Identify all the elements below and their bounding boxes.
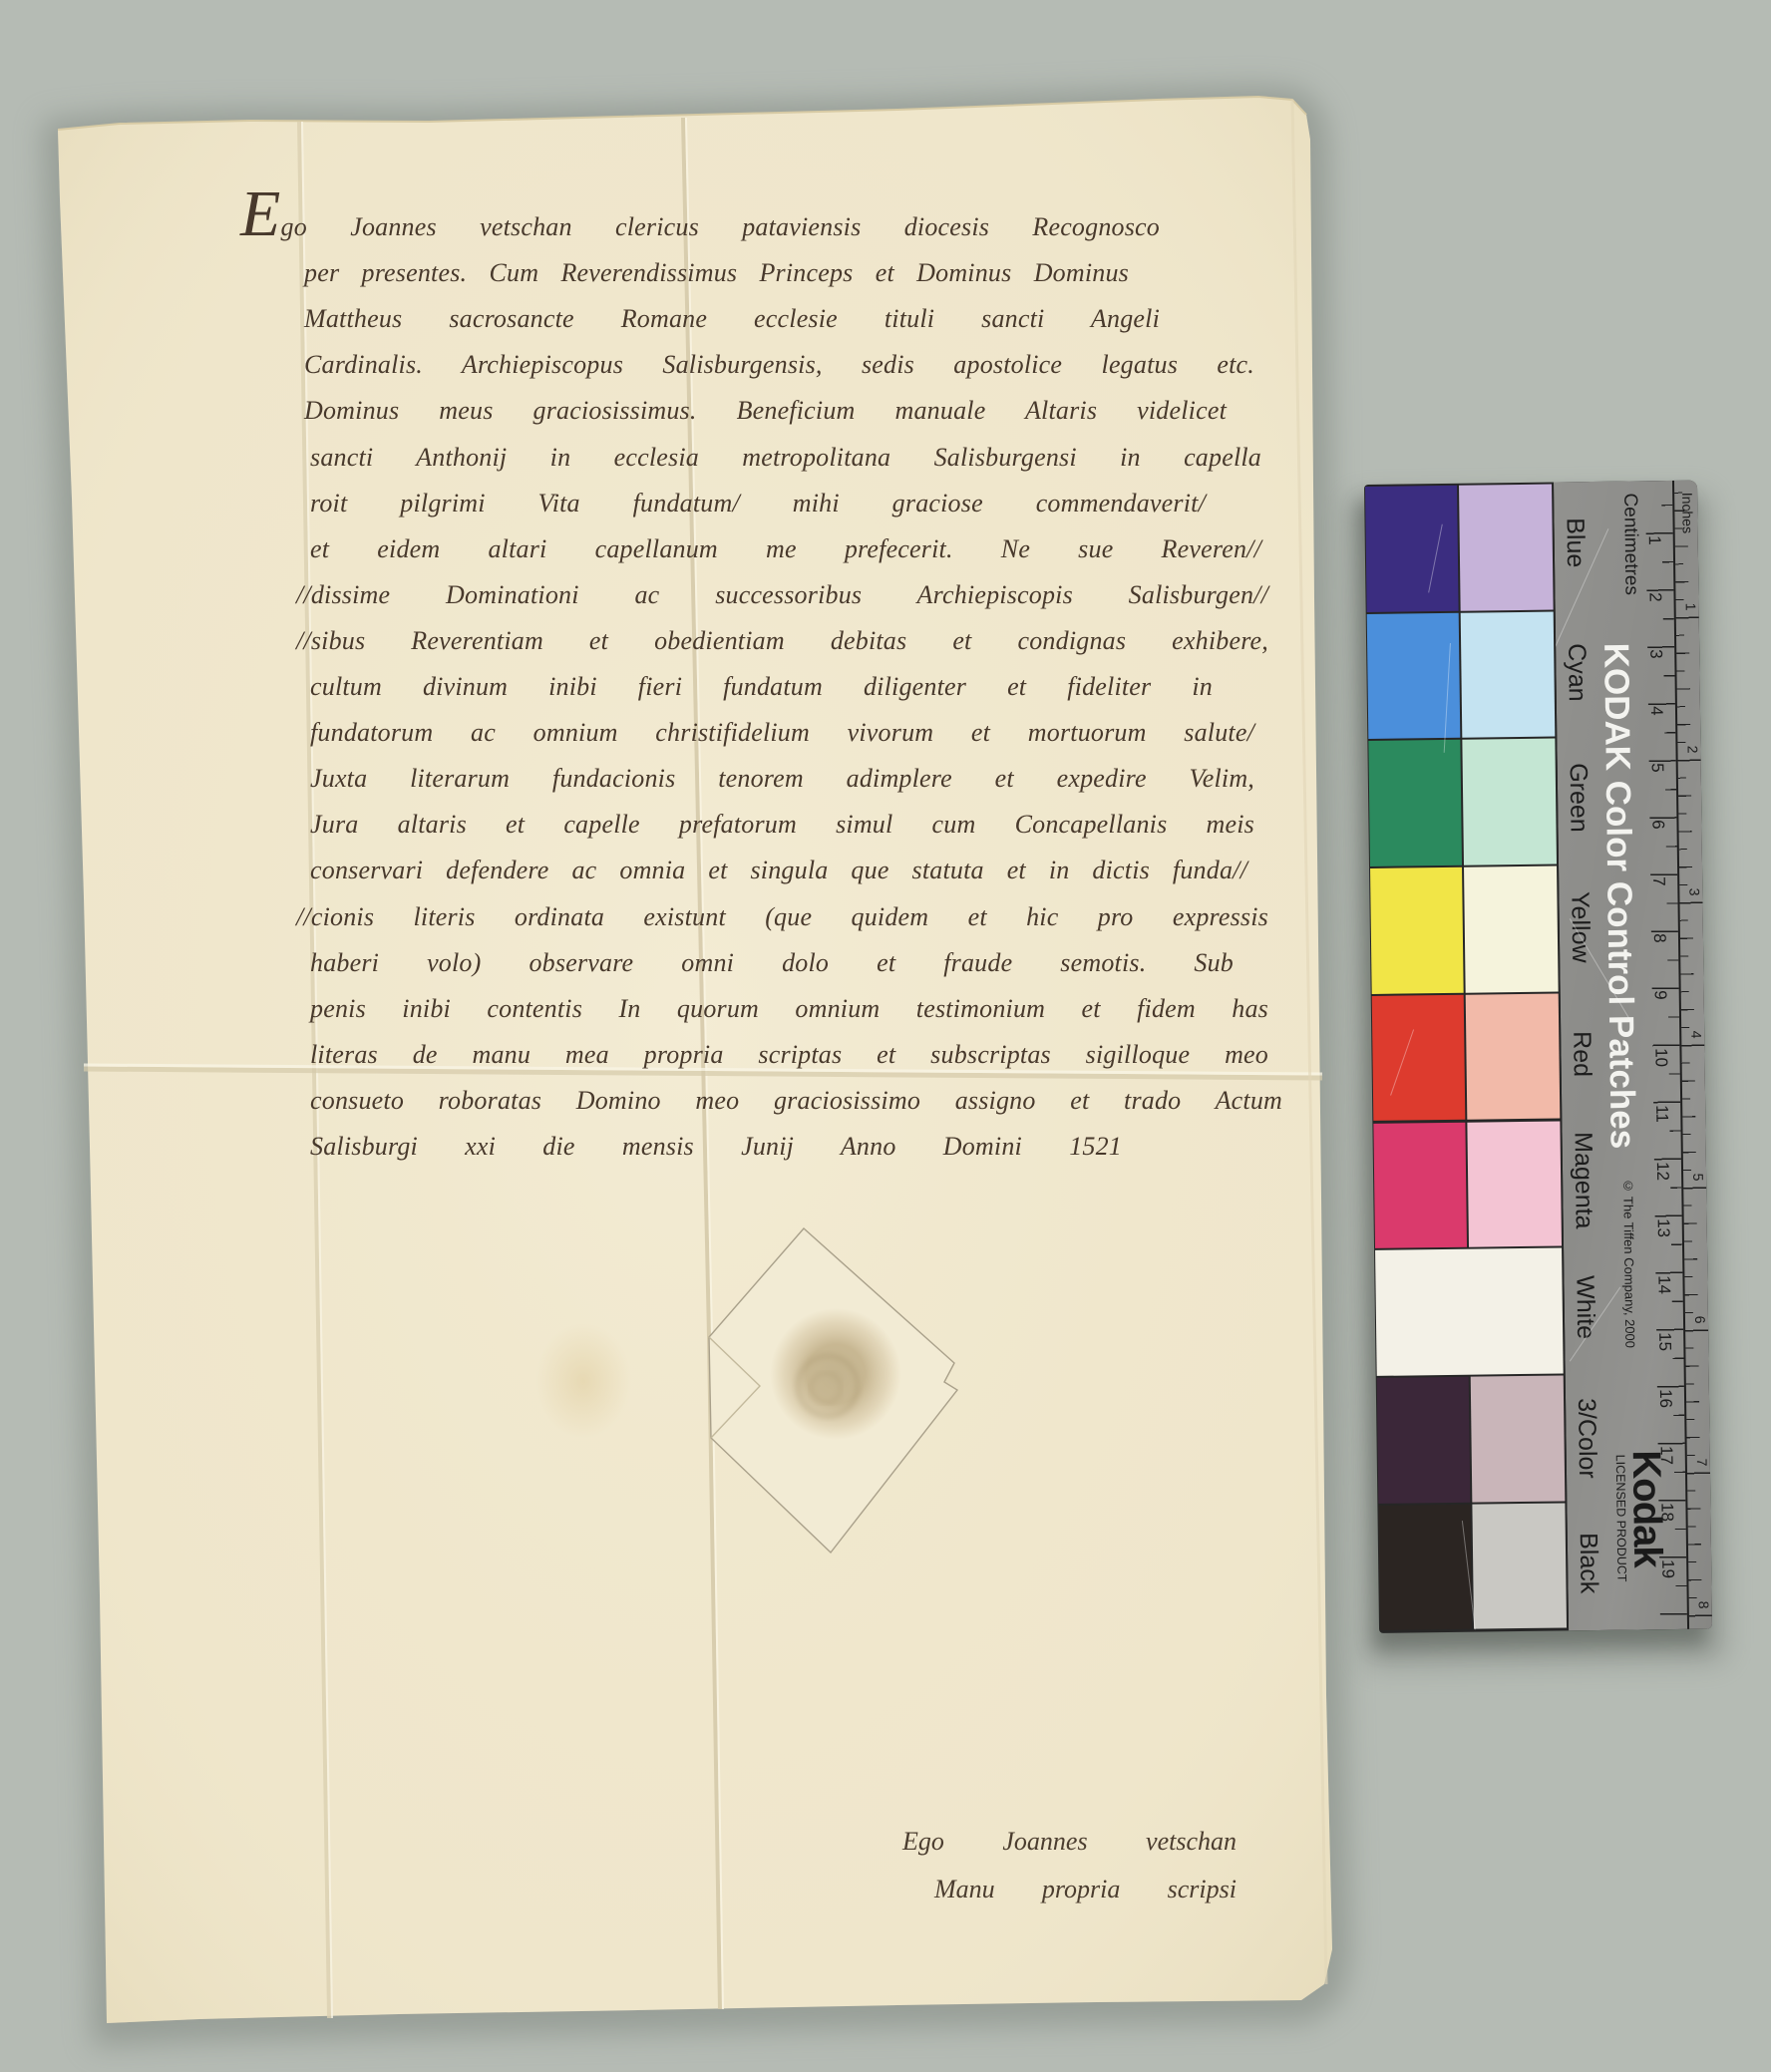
inch-mark: 8 [1697, 1601, 1711, 1609]
cm-mark: 9 [1652, 990, 1668, 1000]
cm-mark: 13 [1655, 1218, 1671, 1237]
cm-mark: 8 [1651, 933, 1667, 943]
color-patch-green-light [1462, 739, 1557, 865]
cm-mark: 5 [1649, 763, 1665, 773]
text-line: literas de manu mea propria scriptas et … [310, 1040, 1268, 1070]
cm-mark: 11 [1653, 1105, 1669, 1123]
centimetres-label: Centimetres [1620, 493, 1639, 595]
cm-mark: 12 [1654, 1162, 1670, 1181]
cm-mark: 15 [1656, 1332, 1672, 1351]
cm-mark: 4 [1648, 706, 1664, 716]
text-line: fundatorum ac omnium christifidelium viv… [310, 718, 1254, 748]
cm-mark: 17 [1658, 1446, 1674, 1465]
patch-label-blue: Blue [1561, 518, 1590, 567]
scan-canvas: Ego Joannes vetschan clericus pataviensi… [0, 0, 1771, 2072]
color-patch-yellow-light [1464, 866, 1559, 993]
inch-mark: 5 [1691, 1174, 1705, 1182]
text-line: consueto roboratas Domino meo graciosiss… [310, 1086, 1282, 1116]
inch-mark: 7 [1695, 1459, 1709, 1467]
color-patch-black-dark [1378, 1504, 1472, 1630]
patch-label-green: Green [1565, 763, 1594, 833]
inches-label: Inches [1680, 493, 1695, 533]
inch-mark: 2 [1685, 746, 1699, 754]
cm-mark: 1 [1646, 535, 1662, 545]
color-patch-cyan-light [1461, 611, 1556, 738]
cm-mark: 7 [1650, 876, 1666, 886]
text-line: Juxta literarum fundacionis tenorem adim… [310, 764, 1254, 794]
cm-mark: 19 [1659, 1559, 1675, 1578]
color-patch-red-dark [1372, 995, 1466, 1122]
text-line: Cardinalis. Archiepiscopus Salisburgensi… [304, 350, 1254, 380]
text-line: per presentes. Cum Reverendissimus Princ… [304, 258, 1129, 288]
color-patch-3color-light [1471, 1375, 1566, 1502]
text-line: Jura altaris et capelle prefatorum simul… [310, 810, 1254, 840]
text-line: //sibus Reverentiam et obedientiam debit… [296, 626, 1268, 656]
cm-mark: 6 [1649, 820, 1665, 830]
card-title: KODAK Color Control Patches [1597, 642, 1640, 1149]
cm-mark: 10 [1652, 1048, 1668, 1067]
color-patch-magenta-dark [1373, 1122, 1467, 1248]
cm-mark: 16 [1657, 1389, 1673, 1408]
text-line: sancti Anthonij in ecclesia metropolitan… [310, 443, 1261, 473]
inch-mark: 3 [1687, 888, 1701, 896]
inch-mark: 6 [1693, 1316, 1707, 1324]
kodak-color-control-card: Blue Cyan Green Yellow Red Magenta White… [1364, 481, 1712, 1633]
patch-label-red: Red [1568, 1031, 1596, 1077]
color-patch-3color-dark [1377, 1377, 1471, 1504]
cm-mark: 14 [1655, 1275, 1671, 1294]
color-patch-blue-dark [1365, 486, 1459, 612]
patch-label-cyan: Cyan [1563, 643, 1592, 702]
patch-label-magenta: Magenta [1570, 1132, 1598, 1229]
inch-mark: 4 [1689, 1031, 1703, 1039]
text-line: Mattheus sacrosancte Romane ecclesie tit… [304, 304, 1160, 334]
gray-scale-ruler-strip: Blue Cyan Green Yellow Red Magenta White… [1554, 481, 1712, 1631]
color-patch-red-light [1466, 993, 1561, 1120]
text-line: Dominus meus graciosissimus. Beneficium … [304, 396, 1227, 426]
text-line: Ego Joannes vetschan clericus pataviensi… [240, 212, 1160, 242]
text-line: roit pilgrimi Vita fundatum/ mihi gracio… [310, 489, 1206, 518]
color-patch-yellow-dark [1370, 867, 1464, 994]
cm-mark: 2 [1646, 592, 1662, 602]
signature-line: Manu propria scripsi [934, 1875, 1237, 1904]
inch-mark: 1 [1684, 603, 1698, 611]
text-line: conservari defendere ac omnia et singula… [310, 856, 1247, 885]
patch-label-black: Black [1575, 1533, 1603, 1594]
signature-line: Ego Joannes vetschan [902, 1827, 1237, 1857]
text-line: haberi volo) observare omni dolo et frau… [310, 948, 1234, 978]
color-patch-black-light [1472, 1503, 1567, 1629]
color-patch-magenta-light [1467, 1121, 1562, 1247]
licensed-product-label: LICENSED PRODUCT [1613, 1455, 1629, 1582]
text-line: cultum divinum inibi fieri fundatum dili… [310, 672, 1213, 702]
text-line: //cionis literis ordinata existunt (que … [296, 902, 1268, 932]
copyright-notice: © The Tiffen Company, 2000 [1619, 1178, 1637, 1348]
color-patch-blue-light [1459, 485, 1554, 611]
cm-mark: 18 [1658, 1503, 1674, 1522]
cm-mark: 3 [1647, 649, 1663, 659]
patch-label-white: White [1571, 1275, 1599, 1339]
text-line: Salisburgi xxi die mensis Junij Anno Dom… [310, 1132, 1122, 1162]
text-line: penis inibi contentis In quorum omnium t… [310, 994, 1268, 1024]
color-patch-white [1375, 1248, 1564, 1376]
patch-label-3color: 3/Color [1573, 1398, 1601, 1479]
color-patch-green-dark [1368, 740, 1462, 866]
text-line: et eidem altari capellanum me prefecerit… [310, 534, 1261, 564]
text-line: //dissime Dominationi ac successoribus A… [296, 580, 1268, 610]
